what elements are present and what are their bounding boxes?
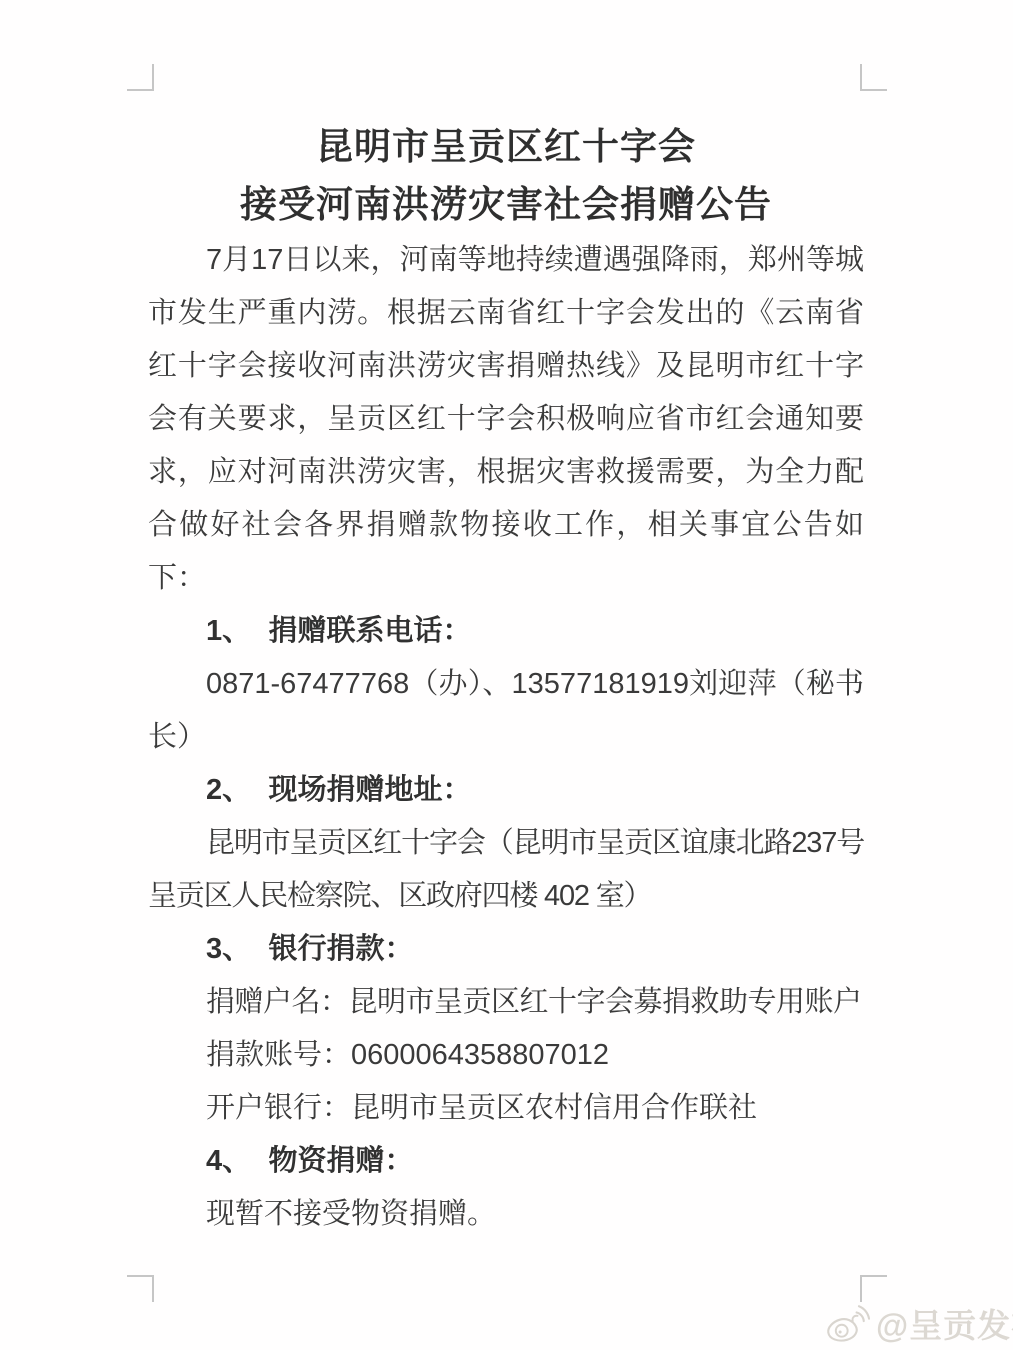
- section-3-heading: 3、银行捐款：: [148, 923, 864, 976]
- section-4-number: 4、: [206, 1145, 251, 1177]
- intro-paragraph: 7月17日以来，河南等地持续遭遇强降雨，郑州等城市发生严重内涝。根据云南省红十字…: [148, 234, 864, 605]
- weibo-icon: [824, 1301, 870, 1347]
- section-2-heading: 2、现场捐赠地址：: [148, 764, 864, 817]
- crop-mark-bottom-left-icon: [127, 1275, 154, 1302]
- section-4-title: 物资捐赠：: [269, 1145, 414, 1177]
- document-title-line2: 接受河南洪涝灾害社会捐赠公告: [148, 176, 864, 234]
- section-1-body: 0871-67477768（办）、13577181919刘迎萍（秘书长）: [148, 658, 864, 764]
- document-title: 昆明市呈贡区红十字会 接受河南洪涝灾害社会捐赠公告: [148, 118, 864, 234]
- section-2-body: 昆明市呈贡区红十字会（昆明市呈贡区谊康北路237号呈贡区人民检察院、区政府四楼 …: [148, 817, 864, 923]
- section-3-number: 3、: [206, 933, 251, 965]
- document-content: 昆明市呈贡区红十字会 接受河南洪涝灾害社会捐赠公告 7月17日以来，河南等地持续…: [148, 0, 864, 1241]
- section-2-title: 现场捐赠地址：: [269, 774, 472, 806]
- weibo-watermark: @呈贡发布: [824, 1300, 1013, 1347]
- section-1-heading: 1、捐赠联系电话：: [148, 605, 864, 658]
- section-3-title: 银行捐款：: [269, 933, 414, 965]
- section-2-number: 2、: [206, 774, 251, 806]
- section-3-line-account-number: 捐款账号：0600064358807012: [148, 1029, 864, 1082]
- crop-mark-bottom-right-icon: [860, 1275, 887, 1302]
- section-1-title: 捐赠联系电话：: [269, 615, 472, 647]
- section-4-heading: 4、物资捐赠：: [148, 1135, 864, 1188]
- section-3-line-bank: 开户银行：昆明市呈贡区农村信用合作联社: [148, 1082, 864, 1135]
- document-title-line1: 昆明市呈贡区红十字会: [148, 118, 864, 176]
- crop-mark-top-right-icon: [860, 64, 887, 91]
- section-3-line-account-name: 捐赠户名：昆明市呈贡区红十字会募捐救助专用账户: [148, 976, 864, 1029]
- section-4-body: 现暂不接受物资捐赠。: [148, 1188, 864, 1241]
- watermark-handle: @呈贡发布: [876, 1300, 1013, 1347]
- section-1-number: 1、: [206, 615, 251, 647]
- document-page: 昆明市呈贡区红十字会 接受河南洪涝灾害社会捐赠公告 7月17日以来，河南等地持续…: [0, 0, 1013, 1350]
- document-body: 7月17日以来，河南等地持续遭遇强降雨，郑州等城市发生严重内涝。根据云南省红十字…: [148, 234, 864, 1241]
